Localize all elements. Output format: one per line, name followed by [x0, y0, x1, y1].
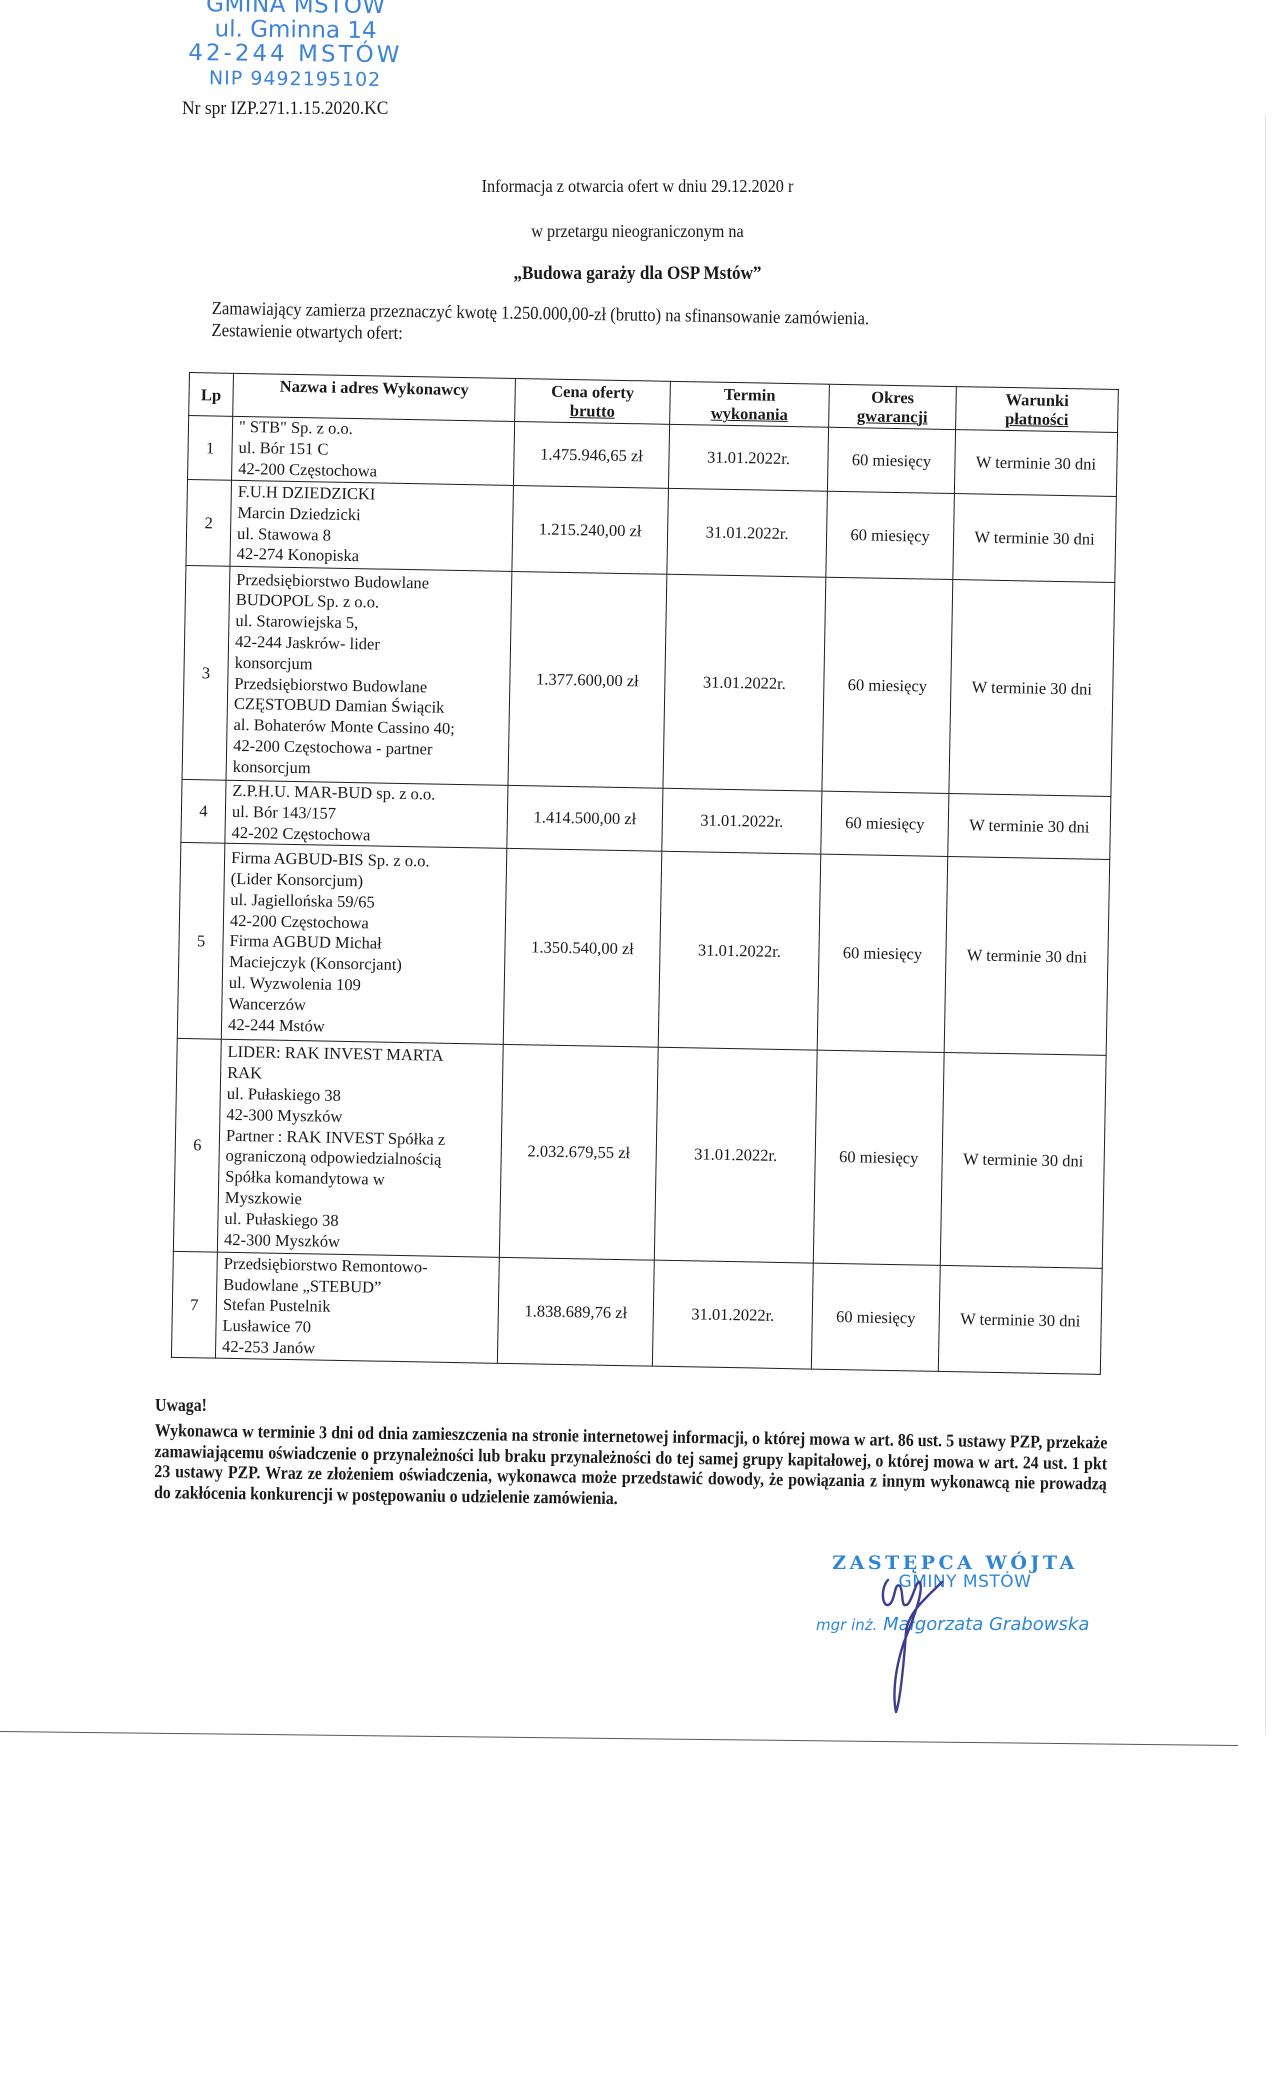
- cell-warranty: 60 miesięcy: [826, 491, 955, 579]
- cell-contractor: F.U.H DZIEDZICKI Marcin Dziedzicki ul. S…: [230, 480, 514, 571]
- cell-contractor: Firma AGBUD-BIS Sp. z o.o. (Lider Konsor…: [221, 844, 507, 1045]
- cell-payment: W terminie 30 dni: [938, 1266, 1102, 1375]
- cell-contractor: Przedsiębiorstwo Remontowo- Budowlane „S…: [215, 1253, 499, 1364]
- cell-term: 31.01.2022r.: [662, 788, 822, 854]
- cell-warranty: 60 miesięcy: [821, 791, 949, 857]
- note-text: Wykonawca w terminie 3 dni od dnia zamie…: [154, 1420, 1108, 1514]
- header-payment: Warunki płatności: [956, 387, 1119, 433]
- cell-term: 31.01.2022r.: [668, 424, 828, 491]
- header-term-line2: wykonania: [676, 403, 822, 425]
- cell-contractor: Z.P.H.U. MAR-BUD sp. z o.o. ul. Bór 143/…: [225, 780, 508, 849]
- cell-lp: 7: [171, 1252, 217, 1359]
- cell-lp: 3: [182, 565, 230, 780]
- cell-price: 1.377.600,00 zł: [508, 571, 667, 788]
- header-payment-line2: płatności: [962, 408, 1111, 430]
- case-reference: Nr spr IZP.271.1.15.2020.KC: [182, 98, 388, 120]
- cell-term: 31.01.2022r.: [654, 1048, 817, 1264]
- header-price-line2: brutto: [521, 400, 663, 422]
- cell-lp: 4: [181, 779, 226, 843]
- tender-type-line: w przetargu nieograniczonym na: [64, 221, 1212, 242]
- header-lp: Lp: [189, 373, 234, 417]
- intro-block: Zamawiający zamierza przeznaczyć kwotę 1…: [211, 298, 869, 352]
- cell-payment: W terminie 30 dni: [949, 580, 1115, 797]
- cell-price: 1.838.689,76 zł: [497, 1258, 654, 1367]
- cell-warranty: 60 miesięcy: [827, 427, 955, 493]
- stamp-line-street: ul. Gminna 14: [185, 16, 405, 43]
- cell-payment: W terminie 30 dni: [948, 793, 1111, 859]
- cell-payment: W terminie 30 dni: [953, 494, 1117, 583]
- table-row: 3 Przedsiębiorstwo Budowlane BUDOPOL Sp.…: [182, 565, 1115, 796]
- cell-payment: W terminie 30 dni: [944, 857, 1110, 1056]
- cell-contractor: " STB" Sp. z o.o. ul. Bór 151 C 42-200 C…: [232, 416, 515, 485]
- cell-price: 2.032.679,55 zł: [499, 1045, 658, 1261]
- stamp-line-nip: NIP 9492195102: [185, 65, 405, 92]
- cell-warranty: 60 miesięcy: [813, 1051, 944, 1266]
- header-name: Nazwa i adres Wykonawcy: [233, 373, 516, 421]
- project-title: „Budowa garaży dla OSP Mstów”: [64, 263, 1212, 285]
- offers-table: Lp Nazwa i adres Wykonawcy Cena oferty b…: [171, 372, 1119, 1375]
- cell-lp: 2: [186, 479, 232, 566]
- header-warranty-line2: gwarancji: [835, 406, 949, 427]
- cell-lp: 1: [188, 416, 233, 481]
- cell-warranty: 60 miesięcy: [822, 577, 953, 793]
- info-heading: Informacja z otwarcia ofert w dniu 29.12…: [64, 176, 1212, 197]
- table-row: 7 Przedsiębiorstwo Remontowo- Budowlane …: [171, 1252, 1102, 1375]
- cell-price: 1.414.500,00 zł: [507, 785, 663, 851]
- municipality-stamp: GMINA MSTÓW ul. Gminna 14 42-244 MSTÓW N…: [185, 0, 406, 92]
- cell-payment: W terminie 30 dni: [940, 1053, 1106, 1269]
- cell-price: 1.475.946,65 zł: [513, 421, 669, 488]
- cell-term: 31.01.2022r.: [652, 1261, 813, 1370]
- note-label: Uwaga!: [155, 1395, 207, 1416]
- cell-price: 1.350.540,00 zł: [503, 849, 662, 1048]
- cell-contractor: LIDER: RAK INVEST MARTA RAK ul. Pułaskie…: [217, 1040, 503, 1258]
- page-edge-right-line: [1265, 115, 1266, 1735]
- table-row: 5 Firma AGBUD-BIS Sp. z o.o. (Lider Kons…: [177, 843, 1109, 1056]
- header-warranty-line1: Okres: [835, 387, 949, 408]
- page-edge-line: [0, 1731, 1238, 1746]
- cell-price: 1.215.240,00 zł: [512, 485, 669, 574]
- header-price: Cena oferty brutto: [515, 378, 671, 424]
- header-price-line1: Cena oferty: [522, 381, 664, 403]
- cell-warranty: 60 miesięcy: [811, 1263, 940, 1371]
- handwritten-signature-icon: [820, 1552, 1090, 1722]
- offers-table-wrapper: Lp Nazwa i adres Wykonawcy Cena oferty b…: [171, 372, 1119, 1375]
- stamp-line-postal: 42-244 MSTÓW: [185, 41, 405, 68]
- cell-term: 31.01.2022r.: [667, 488, 828, 577]
- header-warranty: Okres gwarancji: [829, 384, 957, 429]
- cell-lp: 6: [173, 1039, 221, 1253]
- header-term: Termin wykonania: [670, 381, 830, 427]
- cell-term: 31.01.2022r.: [663, 574, 826, 791]
- cell-lp: 5: [177, 843, 225, 1040]
- cell-payment: W terminie 30 dni: [954, 430, 1117, 497]
- table-row: 6 LIDER: RAK INVEST MARTA RAK ul. Pułask…: [173, 1039, 1106, 1269]
- signature-stamp: ZASTĘPCA WÓJTA GMINY MSTÓW mgr inż. Małg…: [820, 1552, 1090, 1635]
- cell-warranty: 60 miesięcy: [817, 855, 948, 1053]
- cell-term: 31.01.2022r.: [658, 852, 821, 1051]
- cell-contractor: Przedsiębiorstwo Budowlane BUDOPOL Sp. z…: [226, 566, 512, 785]
